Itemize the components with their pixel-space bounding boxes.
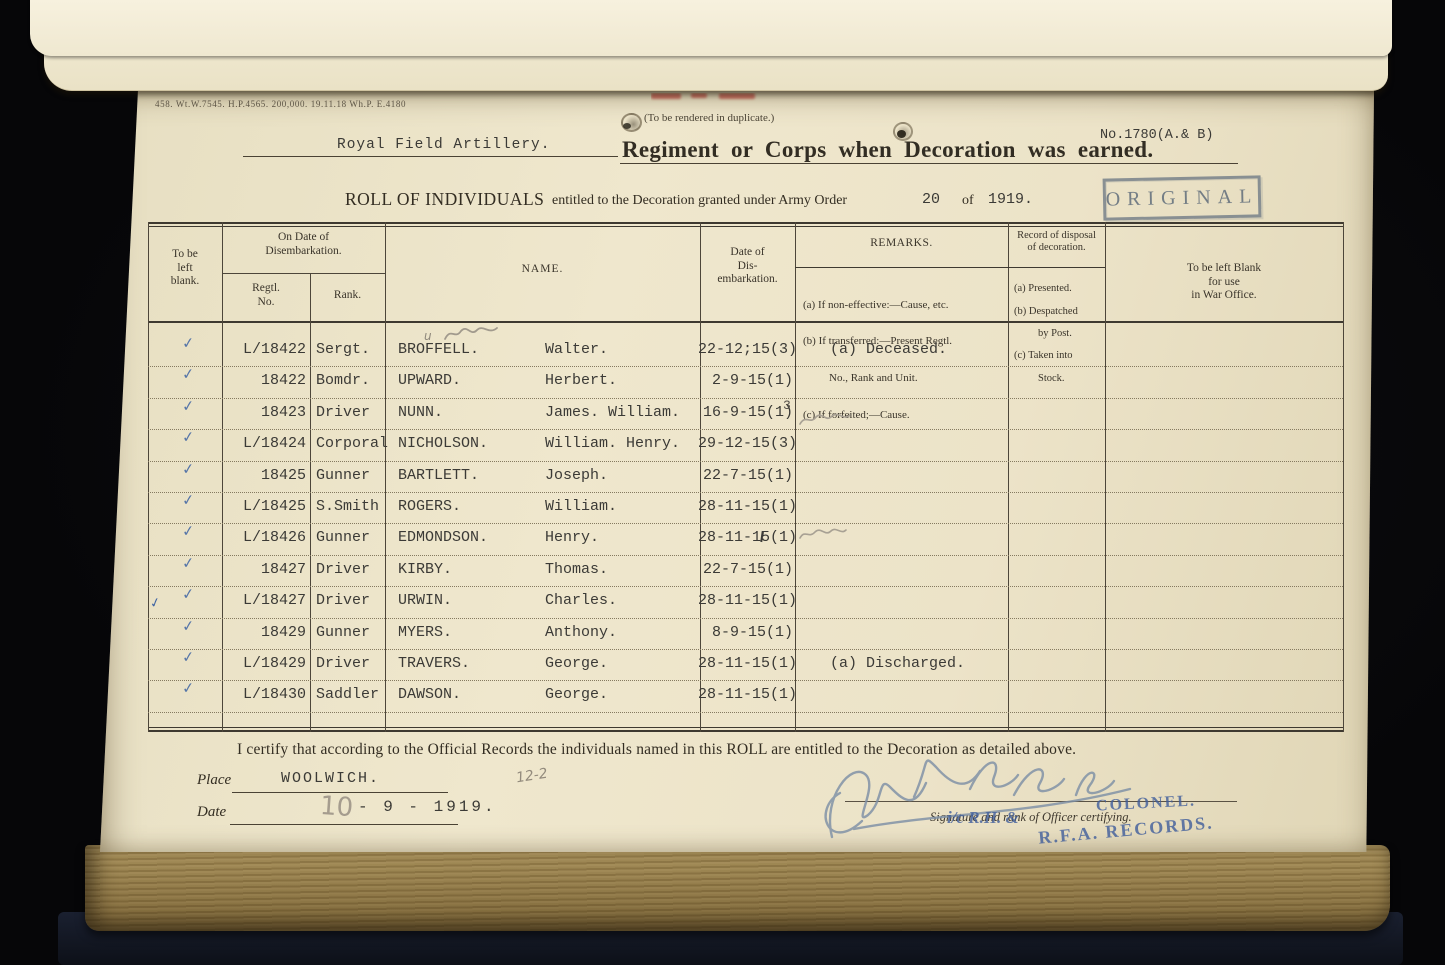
cell-regtl-no: L/18425: [222, 498, 310, 515]
table-row: ✓ L/18426 Gunner EDMONDSON. Henry. 28-11…: [148, 524, 1343, 555]
ink-spot-icon: [623, 123, 631, 129]
cell-surname: KIRBY.: [398, 561, 452, 578]
check-mark: ✓: [181, 647, 195, 666]
cell-rank: Bomdr.: [316, 372, 388, 389]
col-header-disposal-title: Record of disposal of decoration.: [1008, 230, 1105, 253]
cell-regtl-no: L/18430: [222, 686, 310, 703]
cell-forename: William.: [545, 498, 617, 515]
check-mark: ✓: [181, 679, 195, 698]
cell-rank: S.Smith: [316, 498, 388, 515]
cell-rank: Saddler: [316, 686, 388, 703]
col-header-regtl-no: Regtl. No.: [222, 282, 310, 309]
cell-date: 28-11-15(1): [698, 529, 793, 546]
regiment-name: Royal Field Artillery.: [337, 137, 550, 153]
table-row: ✓ L/18422 Sergt. BROFFELL. Walter. 22-12…: [148, 336, 1343, 367]
table-border-bottom-inner: [148, 727, 1343, 728]
previous-page-edge: [30, 0, 1392, 56]
col-header-blank-left: To be left blank.: [148, 248, 222, 289]
date-underline: [230, 824, 458, 825]
cell-date: 28-11-15(1): [698, 686, 793, 703]
table-row: ✓ 18427 Driver KIRBY. Thomas. 22-7-15(1): [148, 556, 1343, 587]
pencil-correction-u: u: [424, 329, 432, 343]
check-mark: ✓: [181, 428, 195, 447]
pencil-scribble-icon: [798, 411, 854, 429]
cell-date: 8-9-15(1): [698, 624, 793, 641]
cell-surname: NUNN.: [398, 404, 443, 421]
cell-regtl-no: 18425: [222, 467, 310, 484]
check-mark: ✓: [181, 585, 195, 604]
duplicate-note: (To be rendered in duplicate.): [644, 112, 774, 124]
cell-surname: ROGERS.: [398, 498, 461, 515]
cell-remark: (a) Deceased.: [830, 341, 947, 358]
records-stamp-prefix: i/c R.H. &: [947, 808, 1019, 828]
col-header-rank: Rank.: [310, 289, 385, 303]
pencil-correction-3: 3: [783, 398, 791, 413]
check-mark: ✓: [181, 522, 195, 541]
table-row: ✓ L/18424 Corporal NICHOLSON. William. H…: [148, 430, 1343, 461]
roll-subtitle: entitled to the Decoration granted under…: [552, 193, 847, 209]
cell-rank: Corporal: [316, 435, 388, 452]
check-mark: ✓: [181, 490, 195, 509]
date-label: Date: [197, 804, 226, 821]
cell-rank: Sergt.: [316, 341, 388, 358]
page-title: Regiment or Corps when Decoration was ea…: [622, 137, 1153, 163]
cell-rank: Gunner: [316, 529, 388, 546]
check-mark: ✓: [181, 396, 195, 415]
pencil-scribble-icon: [798, 526, 848, 543]
header-divider: [148, 321, 1343, 323]
cell-surname: MYERS.: [398, 624, 452, 641]
col-header-disembark-group: On Date of Disembarkation.: [222, 231, 385, 258]
table-row: ✓ 18425 Gunner BARTLETT. Joseph. 22-7-15…: [148, 462, 1343, 493]
cell-surname: DAWSON.: [398, 686, 461, 703]
table-border-top: [148, 222, 1343, 224]
col-header-date: Date of Dis- embarkation.: [700, 246, 795, 287]
cell-forename: George.: [545, 655, 608, 672]
cell-rank: Gunner: [316, 624, 388, 641]
army-order-year: 1919.: [988, 191, 1033, 208]
cell-regtl-no: L/18422: [222, 341, 310, 358]
table-border-bottom: [148, 730, 1343, 732]
roll-title: ROLL OF INDIVIDUALS: [345, 189, 544, 210]
cell-surname: NICHOLSON.: [398, 435, 488, 452]
col-header-remarks-title: REMARKS.: [795, 237, 1008, 251]
cell-remark: (a) Discharged.: [830, 655, 965, 672]
group-header-underline: [222, 273, 385, 274]
cell-rank: Driver: [316, 404, 388, 421]
date-value: - 9 - 1919.: [358, 798, 497, 816]
rule: [620, 163, 1238, 164]
cell-forename: Walter.: [545, 341, 608, 358]
cell-date: 22-7-15(1): [698, 467, 793, 484]
cell-rank: Gunner: [316, 467, 388, 484]
cell-rank: Driver: [316, 655, 388, 672]
cell-date: 16-9-15(1): [698, 404, 793, 421]
check-mark: ✓: [181, 365, 195, 384]
cell-date: 29-12-15(3): [698, 435, 793, 452]
cell-forename: Henry.: [545, 529, 599, 546]
of-word: of: [962, 193, 974, 209]
table-row: ✓ 18429 Gunner MYERS. Anthony. 8-9-15(1): [148, 619, 1343, 650]
disposal-underline: [1008, 267, 1105, 268]
cell-surname: EDMONDSON.: [398, 529, 488, 546]
table-row: ✓ L/18425 S.Smith ROGERS. William. 28-11…: [148, 493, 1343, 524]
cell-surname: UPWARD.: [398, 372, 461, 389]
column-line: [1343, 222, 1344, 732]
cell-date: 22-12;15(3): [698, 341, 793, 358]
cell-surname: TRAVERS.: [398, 655, 470, 672]
cell-regtl-no: 18422: [222, 372, 310, 389]
printer-code: 458. Wt.W.7545. H.P.4565. 200,000. 19.11…: [155, 99, 406, 109]
table-row: ✓ L/18429 Driver TRAVERS. George. 28-11-…: [148, 650, 1343, 681]
cell-forename: George.: [545, 686, 608, 703]
original-stamp: ORIGINAL: [1103, 175, 1262, 220]
cell-regtl-no: 18429: [222, 624, 310, 641]
cell-regtl-no: L/18424: [222, 435, 310, 452]
cell-date: 28-11-15(1): [698, 655, 793, 672]
cell-forename: James. William.: [545, 404, 680, 421]
cell-surname: BARTLETT.: [398, 467, 479, 484]
cell-surname: URWIN.: [398, 592, 452, 609]
red-stamp-partial: [651, 93, 761, 104]
handwritten-day: 10: [319, 791, 354, 823]
pencil-scribble-icon: [443, 324, 505, 344]
cell-date: 22-7-15(1): [698, 561, 793, 578]
col-header-name: NAME.: [385, 263, 700, 277]
cell-rank: Driver: [316, 561, 388, 578]
army-order-number: 20: [922, 191, 940, 208]
table-row: ✓ 18423 Driver NUNN. James. William. 16-…: [148, 399, 1343, 430]
cell-regtl-no: L/18426: [222, 529, 310, 546]
cell-forename: Herbert.: [545, 372, 617, 389]
cell-regtl-no: L/18427: [222, 592, 310, 609]
check-mark: ✓: [181, 553, 195, 572]
cell-rank: Driver: [316, 592, 388, 609]
place-value: WOOLWICH.: [281, 770, 380, 787]
cell-date: 2-9-15(1): [698, 372, 793, 389]
check-mark: ✓: [181, 333, 195, 352]
cell-regtl-no: 18427: [222, 561, 310, 578]
table-row: ✓ L/18430 Saddler DAWSON. George. 28-11-…: [148, 681, 1343, 712]
cell-forename: Thomas.: [545, 561, 608, 578]
col-header-blank-right: To be left Blank for use in War Office.: [1105, 262, 1343, 303]
cell-regtl-no: 18423: [222, 404, 310, 421]
cell-forename: Joseph.: [545, 467, 608, 484]
remarks-underline: [795, 267, 1008, 268]
table-body: ✓ L/18422 Sergt. BROFFELL. Walter. 22-12…: [148, 336, 1343, 713]
cell-forename: William. Henry.: [545, 435, 680, 452]
check-mark: ✓: [181, 616, 195, 635]
table-row: ✓ 18422 Bomdr. UPWARD. Herbert. 2-9-15(1…: [148, 367, 1343, 398]
table-row: ✓ L/18427 Driver URWIN. Charles. 28-11-1…: [148, 587, 1343, 618]
cell-date: 28-11-15(1): [698, 498, 793, 515]
rule: [243, 156, 618, 157]
cell-forename: Charles.: [545, 592, 617, 609]
cell-date: 28-11-15(1): [698, 592, 793, 609]
table-border-top-inner: [148, 226, 1343, 227]
place-label: Place: [197, 772, 231, 789]
cell-regtl-no: L/18429: [222, 655, 310, 672]
photo-of-ledger-page: 458. Wt.W.7545. H.P.4565. 200,000. 19.11…: [0, 0, 1445, 965]
check-mark: ✓: [181, 459, 195, 478]
page-edges-stack: [85, 845, 1390, 931]
cell-forename: Anthony.: [545, 624, 617, 641]
